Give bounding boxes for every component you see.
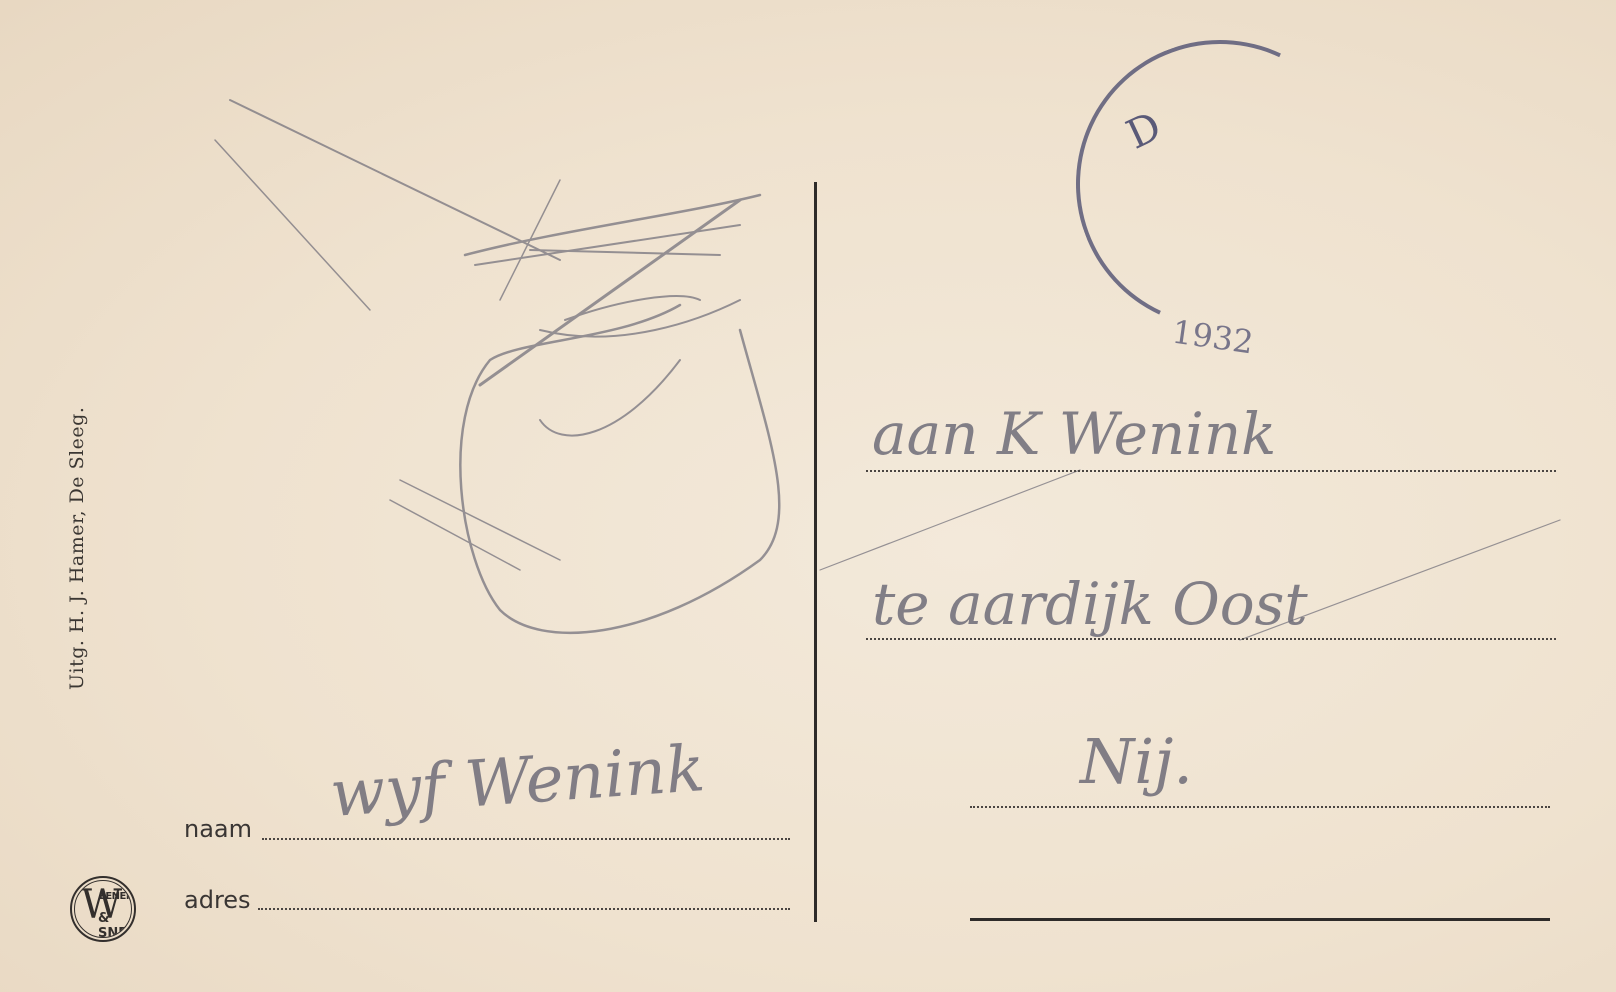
address-solidline-4	[970, 918, 1550, 921]
adres-label: adres	[184, 886, 251, 914]
naam-label: naam	[184, 815, 252, 843]
address-dotline-2	[866, 638, 1556, 640]
address-line-2: te aardijk Oost	[872, 570, 1308, 638]
address-line-3: Nij.	[1080, 725, 1193, 798]
postcard-back: Uitg. H. J. Hamer, De Sleeg. naam wyf We…	[0, 0, 1616, 992]
publisher-imprint: Uitg. H. J. Hamer, De Sleeg.	[66, 407, 88, 690]
address-dotline-1	[866, 470, 1556, 472]
address-line-1: aan K Wenink	[872, 400, 1276, 468]
naam-line	[262, 838, 790, 840]
logo-text-bottom: & SNEL	[98, 911, 132, 938]
center-divider	[814, 182, 817, 922]
printer-logo: W EENENK & SNEL	[70, 876, 136, 942]
logo-text-top: EENENK	[99, 891, 132, 902]
address-dotline-3	[970, 806, 1550, 808]
pencil-sketch-icon	[0, 0, 1616, 992]
adres-line	[258, 908, 790, 910]
